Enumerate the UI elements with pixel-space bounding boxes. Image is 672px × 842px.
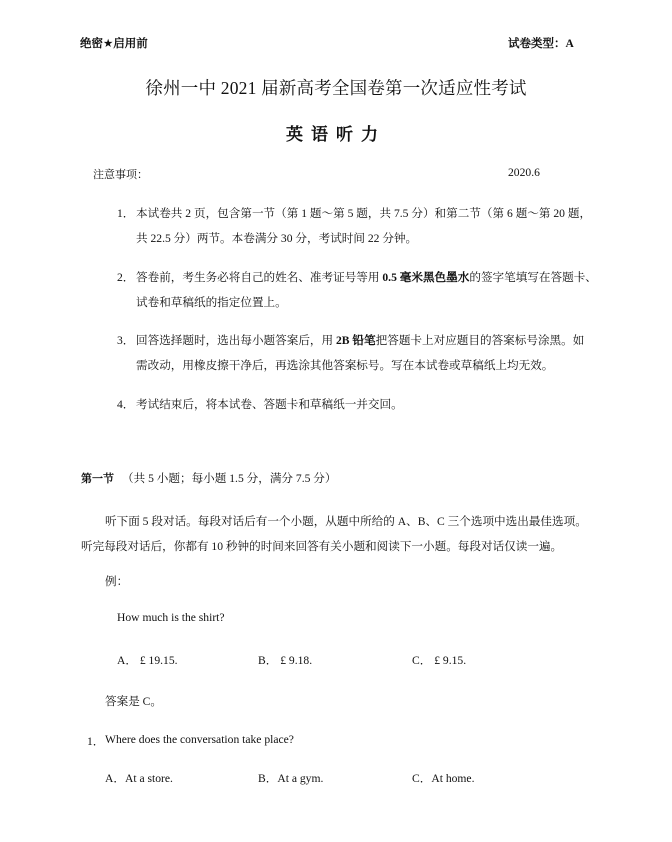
paper-type-label: 试卷类型：	[508, 36, 566, 50]
example-answer: 答案是 C。	[105, 693, 162, 709]
section-title: 第一节	[81, 470, 114, 486]
question-option-a: A．At a store.	[105, 770, 173, 786]
section-info: （共 5 小题；每小题 1.5 分，满分 7.5 分）	[122, 470, 337, 486]
notice-item-line: 需改动，用橡皮擦干净后，再选涂其他答案标号。写在本试卷或草稿纸上均无效。	[136, 357, 553, 373]
notice-item-line: 共 22.5 分）两节。本卷满分 30 分，考试时间 22 分钟。	[136, 230, 417, 246]
notice-item-number: 1．	[117, 205, 134, 221]
text: 答卷前，考生务必将自己的姓名、准考证号等用	[136, 271, 382, 284]
notice-item-line: 本试卷共 2 页，包含第一节（第 1 题～第 5 题，共 7.5 分）和第二节（…	[136, 205, 591, 221]
section-instruction: 听下面 5 段对话。每段对话后有一个小题，从题中所给的 A、B、C 三个选项中选…	[105, 513, 587, 529]
notice-item-line: 试卷和草稿纸的指定位置上。	[136, 294, 287, 310]
example-option-c: C． £ 9.15.	[412, 652, 466, 668]
question-option-c: C．At home.	[412, 770, 474, 786]
section-instruction: 听完每段对话后，你都有 10 秒钟的时间来回答有关小题和阅读下一小题。每段对话仅…	[81, 538, 562, 554]
notice-item-line: 回答选择题时，选出每小题答案后，用 2B 铅笔把答题卡上对应题目的答案标号涂黑。…	[136, 332, 584, 348]
notice-label: 注意事项：	[93, 166, 148, 182]
notice-item-number: 4．	[117, 396, 134, 412]
example-option-a: A． £ 19.15.	[117, 652, 178, 668]
question-number: 1．	[87, 733, 104, 749]
notice-item-number: 3．	[117, 332, 134, 348]
text: 的签字笔填写在答题卡、	[469, 271, 597, 284]
example-option-b: B． £ 9.18.	[258, 652, 312, 668]
question-option-b: B．At a gym.	[258, 770, 323, 786]
notice-item-line: 考试结束后，将本试卷、答题卡和草稿纸一并交回。	[136, 396, 403, 412]
notice-item-line: 答卷前，考生务必将自己的姓名、准考证号等用 0.5 毫米黑色墨水的签字笔填写在答…	[136, 269, 597, 285]
example-question: How much is the shirt?	[117, 611, 225, 624]
notice-item-number: 2．	[117, 269, 134, 285]
emphasis-text: 0.5 毫米黑色墨水	[382, 271, 469, 284]
text: 回答选择题时，选出每小题答案后，用	[136, 334, 336, 347]
paper-type-value: A	[566, 38, 574, 50]
exam-date: 2020.6	[508, 166, 540, 179]
question-text: Where does the conversation take place?	[105, 733, 294, 746]
exam-subject: 英语听力	[0, 120, 672, 145]
example-label: 例：	[105, 573, 128, 589]
emphasis-text: 2B 铅笔	[336, 334, 376, 347]
confidential-label: 绝密★启用前	[80, 35, 148, 51]
exam-title: 徐州一中 2021 届新高考全国卷第一次适应性考试	[0, 75, 672, 100]
text: 把答题卡上对应题目的答案标号涂黑。如	[376, 334, 585, 347]
paper-type: 试卷类型：A	[508, 35, 574, 51]
